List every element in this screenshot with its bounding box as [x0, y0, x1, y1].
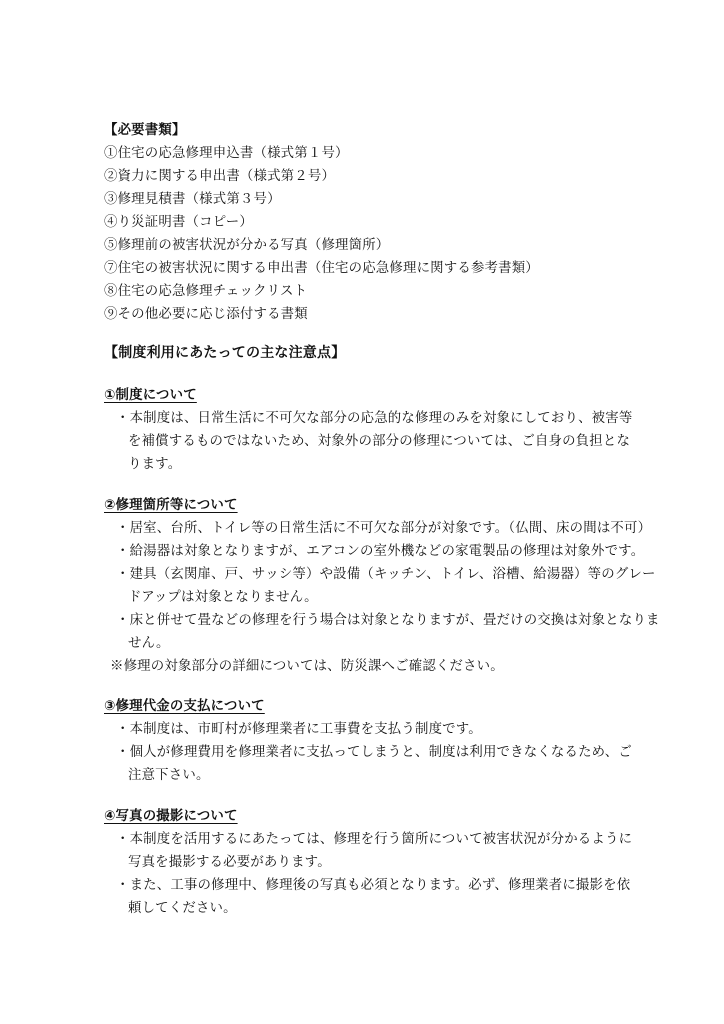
required-doc-item: ③修理見積書（様式第３号） — [104, 191, 281, 209]
section-line: せん。 — [128, 635, 170, 653]
section-line: 頼してください。 — [128, 900, 237, 918]
document-page: 【必要書類】 ①住宅の応急修理申込書（様式第１号） ②資力に関する申出書（様式第… — [0, 0, 724, 1024]
section-line: 写真を撮影する必要があります。 — [128, 854, 331, 872]
required-doc-item: ⑧住宅の応急修理チェックリスト — [104, 283, 307, 301]
required-doc-item: ⑦住宅の被害状況に関する申出書（住宅の応急修理に関する参考書類） — [104, 260, 539, 278]
section-line: 注意下さい。 — [128, 767, 210, 785]
section-heading-repair-locations: ②修理箇所等について — [104, 497, 238, 515]
section-heading-photos: ④写真の撮影について — [104, 808, 238, 826]
section-heading-payment: ③修理代金の支払について — [104, 698, 265, 716]
notes-title: 【制度利用にあたっての主な注意点】 — [104, 344, 345, 362]
section-line: ・本制度は、日常生活に不可欠な部分の応急的な修理のみを対象にしており、被害等 — [116, 410, 632, 428]
section-line: ・個人が修理費用を修理業者に支払ってしまうと、制度は利用できなくなるため、ご — [116, 744, 632, 762]
section-line: ・本制度は、市町村が修理業者に工事費を支払う制度です。 — [116, 721, 482, 739]
section-line: ドアップは対象となりません。 — [128, 589, 318, 607]
section-line: ります。 — [128, 456, 181, 474]
required-doc-item: ④り災証明書（コピー） — [104, 214, 253, 232]
section-line: ・床と併せて畳などの修理を行う場合は対象となりますが、畳だけの交換は対象となりま — [116, 612, 660, 630]
section-line: ・給湯器は対象となりますが、エアコンの室外機などの家電製品の修理は対象外です。 — [116, 543, 644, 561]
required-doc-item: ①住宅の応急修理申込書（様式第１号） — [104, 145, 349, 163]
required-doc-item: ②資力に関する申出書（様式第２号） — [104, 168, 335, 186]
section-line: ・居室、台所、トイレ等の日常生活に不可欠な部分が対象です。（仏間、床の間は不可） — [116, 520, 651, 538]
section-line: ・建具（玄関扉、戸、サッシ等）や設備（キッチン、トイレ、浴槽、給湯器）等のグレー — [116, 566, 656, 584]
required-doc-item: ⑨その他必要に応じ添付する書類 — [104, 306, 308, 324]
section-line: ・本制度を活用するにあたっては、修理を行う箇所について被害状況が分かるように — [116, 831, 632, 849]
section-note: ※修理の対象部分の詳細については、防災課へご確認ください。 — [110, 658, 504, 676]
required-docs-title: 【必要書類】 — [104, 122, 186, 140]
section-heading-system: ①制度について — [104, 387, 197, 405]
section-line: ・また、工事の修理中、修理後の写真も必須となります。必ず、修理業者に撮影を依 — [116, 877, 630, 895]
section-line: を補償するものではないため、対象外の部分の修理については、ご自身の負担とな — [128, 433, 630, 451]
required-doc-item: ⑤修理前の被害状況が分かる写真（修理箇所） — [104, 237, 389, 255]
